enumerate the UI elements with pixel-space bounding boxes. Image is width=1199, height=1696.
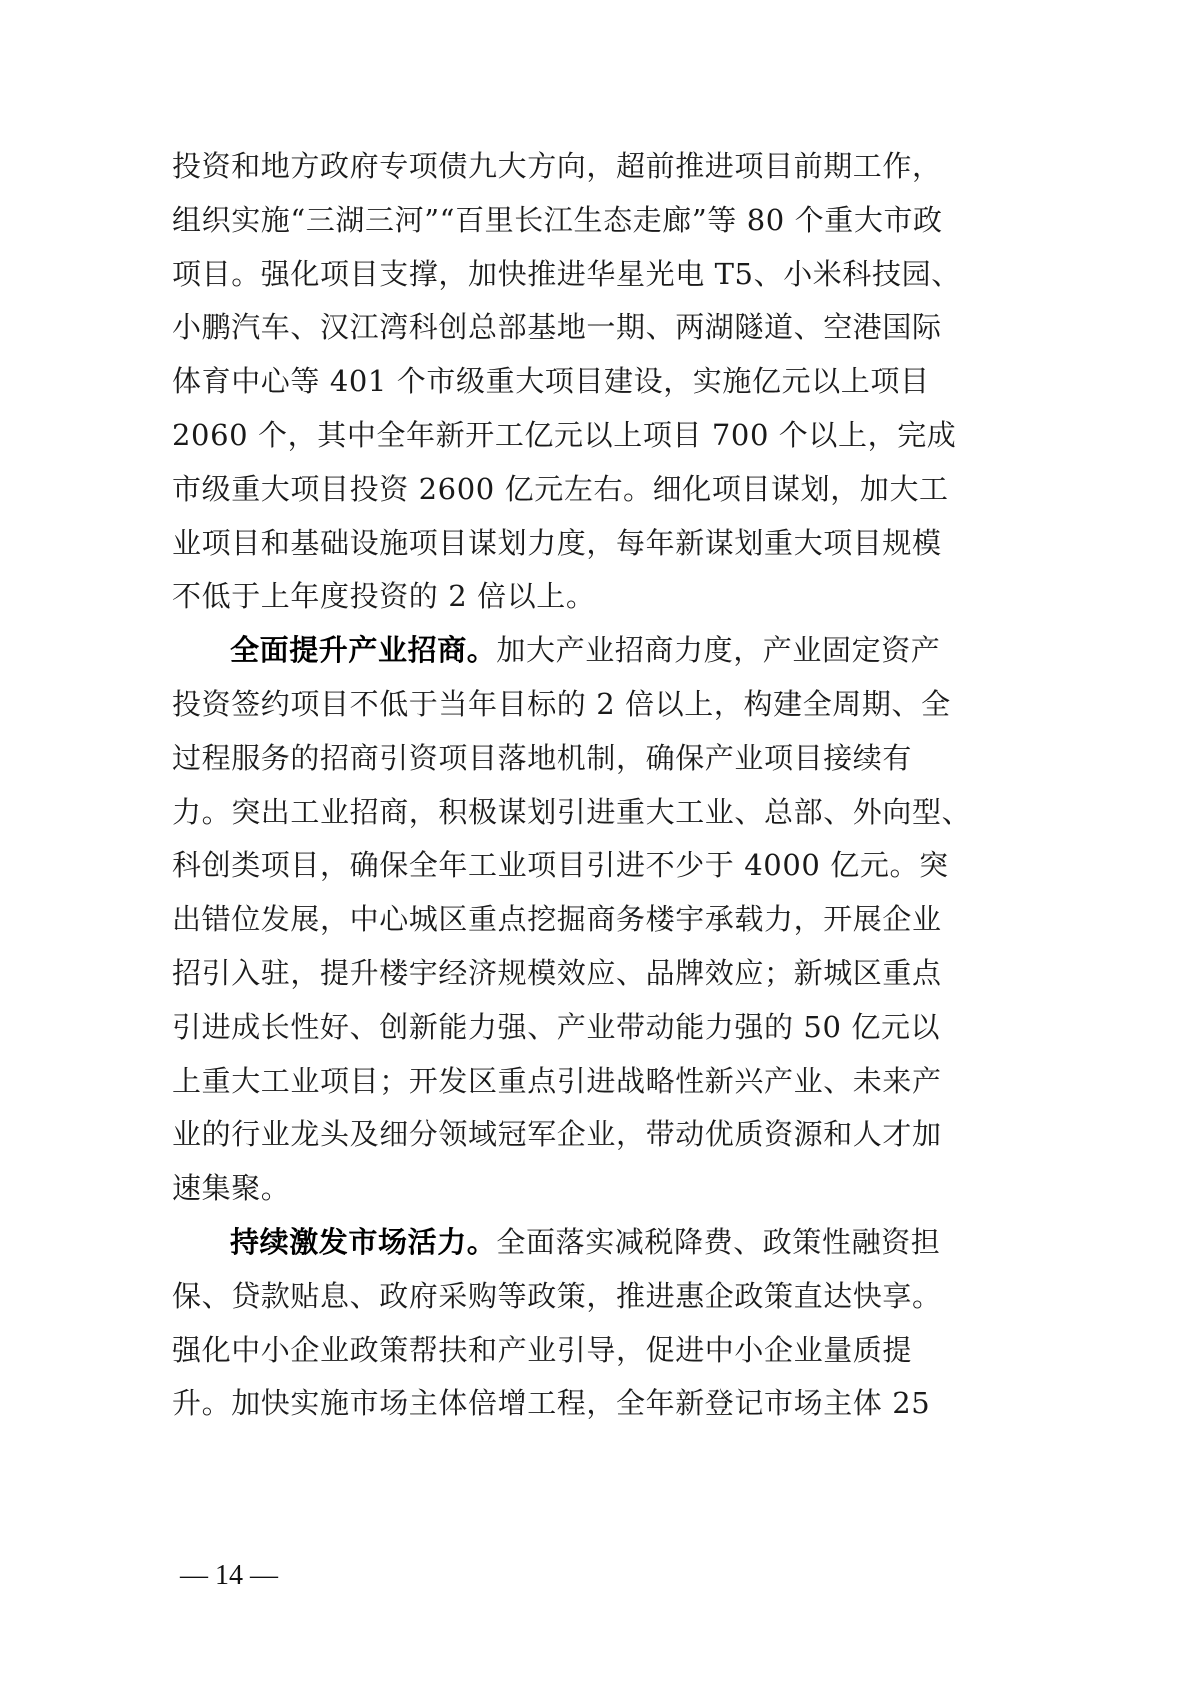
text-line: 招引入驻，提升楼宇经济规模效应、品牌效应；新城区重点 [172, 947, 942, 1001]
document-page: 投资和地方政府专项债九大方向，超前推进项目前期工作， 组织实施“三湖三河”“百里… [0, 0, 1199, 1696]
text-line: 科创类项目，确保全年工业项目引进不少于 4000 亿元。突 [172, 839, 942, 893]
text-line: 升。加快实施市场主体倍增工程，全年新登记市场主体 25 [172, 1377, 942, 1431]
text-line: 项目。强化项目支撑，加快推进华星光电 T5、小米科技园、 [172, 248, 942, 302]
text-line: 力。突出工业招商，积极谋划引进重大工业、总部、外向型、 [172, 786, 942, 840]
text-run: 全面落实减税降费、政策性融资担 [496, 1225, 940, 1259]
text-line: 上重大工业项目；开发区重点引进战略性新兴产业、未来产 [172, 1055, 942, 1109]
text-run: 加大产业招商力度，产业固定资产 [496, 633, 940, 667]
text-line: 强化中小企业政策帮扶和产业引导，促进中小企业量质提 [172, 1324, 942, 1378]
text-line: 组织实施“三湖三河”“百里长江生态走廊”等 80 个重大市政 [172, 194, 942, 248]
text-line: 小鹏汽车、汉江湾科创总部基地一期、两湖隧道、空港国际 [172, 301, 942, 355]
text-line: 不低于上年度投资的 2 倍以上。 [172, 570, 942, 624]
text-line: 引进成长性好、创新能力强、产业带动能力强的 50 亿元以 [172, 1001, 942, 1055]
page-number: — 14 — [180, 1560, 278, 1592]
text-line: 2060 个，其中全年新开工亿元以上项目 700 个以上，完成 [172, 409, 942, 463]
text-line: 出错位发展，中心城区重点挖掘商务楼宇承载力，开展企业 [172, 893, 942, 947]
text-line: 投资和地方政府专项债九大方向，超前推进项目前期工作， [172, 140, 942, 194]
text-line: 体育中心等 401 个市级重大项目建设，实施亿元以上项目 [172, 355, 942, 409]
text-line: 业项目和基础设施项目谋划力度，每年新谋划重大项目规模 [172, 517, 942, 571]
section-heading: 持续激发市场活力。 [230, 1225, 496, 1259]
text-line: 业的行业龙头及细分领域冠军企业，带动优质资源和人才加 [172, 1108, 942, 1162]
paragraph-start: 全面提升产业招商。加大产业招商力度，产业固定资产 [172, 624, 942, 678]
body-text: 投资和地方政府专项债九大方向，超前推进项目前期工作， 组织实施“三湖三河”“百里… [172, 140, 942, 1431]
text-line: 市级重大项目投资 2600 亿元左右。细化项目谋划，加大工 [172, 463, 942, 517]
text-line: 过程服务的招商引资项目落地机制，确保产业项目接续有 [172, 732, 942, 786]
section-heading: 全面提升产业招商。 [230, 633, 496, 667]
text-line: 速集聚。 [172, 1162, 942, 1216]
text-line: 投资签约项目不低于当年目标的 2 倍以上，构建全周期、全 [172, 678, 942, 732]
paragraph-start: 持续激发市场活力。全面落实减税降费、政策性融资担 [172, 1216, 942, 1270]
text-line: 保、贷款贴息、政府采购等政策，推进惠企政策直达快享。 [172, 1270, 942, 1324]
